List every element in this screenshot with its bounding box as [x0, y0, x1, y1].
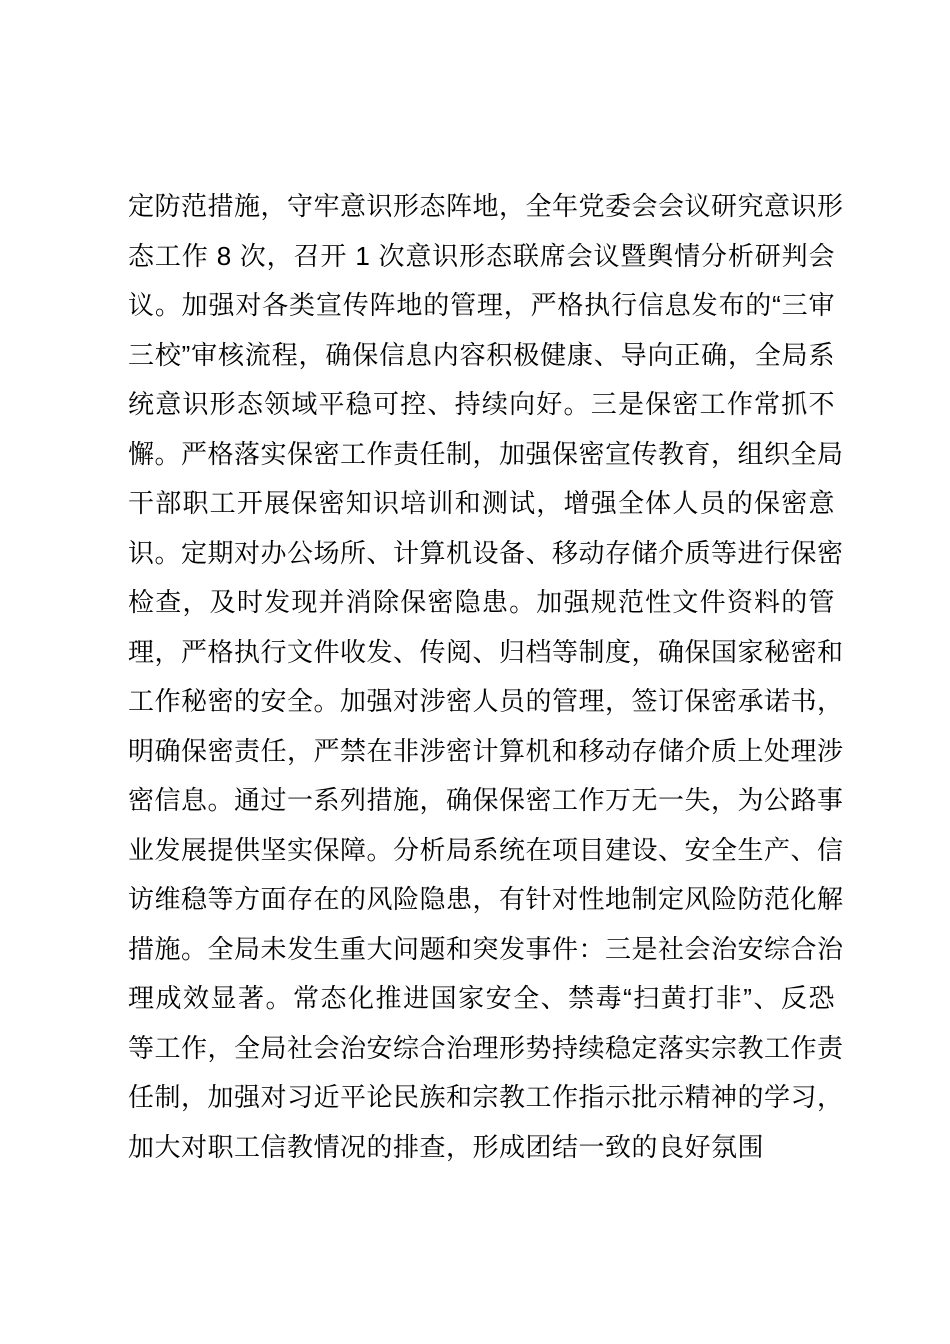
text-line: 任制，加强对习近平论民族和宗教工作指示批示精神的学习， — [128, 1073, 835, 1123]
text-line: 密信息。通过一系列措施，确保保密工作万无一失，为公路事 — [128, 776, 835, 826]
text-line: 理，严格执行文件收发、传阅、归档等制度，确保国家秘密和 — [128, 628, 835, 678]
text-line: 明确保密责任，严禁在非涉密计算机和移动存储介质上处理涉 — [128, 727, 835, 777]
text-line: 等工作，全局社会治安综合治理形势持续稳定落实宗教工作责 — [128, 1024, 835, 1074]
document-page: 定防范措施，守牢意识形态阵地，全年党委会会议研究意识形态工作 8 次，召开 1 … — [0, 0, 950, 1344]
text-line: 检查，及时发现并消除保密隐患。加强规范性文件资料的管 — [128, 578, 835, 628]
text-line: 懈。严格落实保密工作责任制，加强保密宣传教育，组织全局 — [128, 430, 835, 480]
text-line: 措施。全局未发生重大问题和突发事件：三是社会治安综合治 — [128, 925, 835, 975]
screenshot-root: 定防范措施，守牢意识形态阵地，全年党委会会议研究意识形态工作 8 次，召开 1 … — [0, 0, 950, 1344]
text-line: 三校”审核流程，确保信息内容积极健康、导向正确，全局系 — [128, 331, 835, 381]
text-line: 加大对职工信教情况的排查，形成团结一致的良好氛围 — [128, 1123, 835, 1173]
text-line: 统意识形态领域平稳可控、持续向好。三是保密工作常抓不 — [128, 380, 835, 430]
text-line: 访维稳等方面存在的风险隐患，有针对性地制定风险防范化解 — [128, 875, 835, 925]
text-line: 工作秘密的安全。加强对涉密人员的管理，签订保密承诺书， — [128, 677, 835, 727]
text-line: 业发展提供坚实保障。分析局系统在项目建设、安全生产、信 — [128, 826, 835, 876]
text-line: 理成效显著。常态化推进国家安全、禁毒“扫黄打非”、反恐 — [128, 974, 835, 1024]
text-line: 识。定期对办公场所、计算机设备、移动存储介质等进行保密 — [128, 529, 835, 579]
text-line: 议。加强对各类宣传阵地的管理，严格执行信息发布的“三审 — [128, 281, 835, 331]
text-line: 定防范措施，守牢意识形态阵地，全年党委会会议研究意识形 — [128, 182, 835, 232]
text-line: 干部职工开展保密知识培训和测试，增强全体人员的保密意 — [128, 479, 835, 529]
text-line: 态工作 8 次，召开 1 次意识形态联席会议暨舆情分析研判会 — [128, 232, 835, 282]
paragraph: 定防范措施，守牢意识形态阵地，全年党委会会议研究意识形态工作 8 次，召开 1 … — [128, 182, 835, 1172]
